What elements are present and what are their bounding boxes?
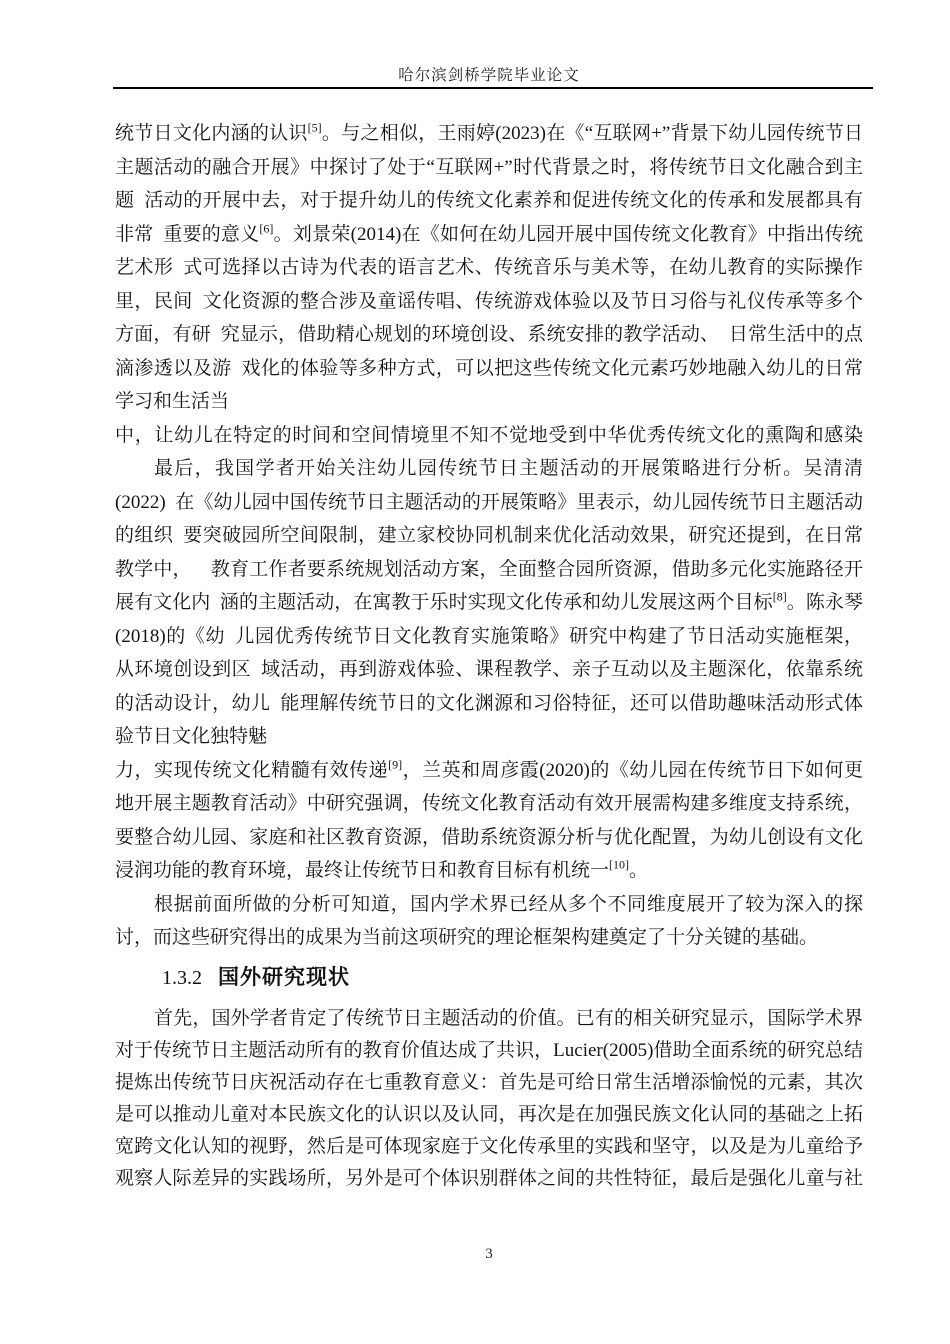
text-line: 验节日文化独特魅	[115, 720, 863, 754]
citation-superscript: [6]	[259, 221, 273, 235]
text-line: 方面，有研 究显示，借助精心规划的环境创设、系统安排的教学活动、 日常生活中的点	[115, 318, 863, 352]
text-line: 观察人际差异的实践场所，另外是可个体识别群体之间的共性特征，最后是强化儿童与社	[115, 1163, 863, 1195]
text-line: (2022) 在《幼儿园中国传统节日主题活动的开展策略》里表示，幼儿园传统节日主…	[115, 486, 863, 520]
citation-superscript: [10]	[609, 858, 629, 872]
text-line: 统节日文化内涵的认识[5]。与之相似，王雨婷(2023)在《“互联网+”背景下幼…	[115, 117, 863, 151]
citation-superscript: [9]	[388, 757, 402, 771]
header-rule	[113, 87, 873, 89]
section-heading: 1.3.2国外研究现状	[162, 959, 350, 995]
text-line: (2018)的《幼 儿园优秀传统节日文化教育实施策略》研究中构建了节日活动实施框…	[115, 620, 863, 654]
text-line: 浸润功能的教育环境，最终让传统节日和教育目标有机统一[10]。	[115, 854, 863, 888]
text-line: 宽跨文化认知的视野，然后是可体现家庭于文化传承里的实践和坚守，以及是为儿童给予	[115, 1131, 863, 1163]
text-line: 的活动设计，幼儿 能理解传统节日的文化渊源和习俗特征，还可以借助趣味活动形式体	[115, 687, 863, 721]
text-line: 讨，而这些研究得出的成果为当前这项研究的理论框架构建奠定了十分关键的基础。	[115, 921, 863, 955]
text-line: 最后，我国学者开始关注幼儿园传统节日主题活动的开展策略进行分析。吴清清	[115, 452, 863, 486]
text-line: 对于传统节日主题活动所有的教育价值达成了共识，Lucier(2005)借助全面系…	[115, 1035, 863, 1067]
text-line: 要整合幼儿园、家庭和社区教育资源，借助系统资源分析与优化配置，为幼儿创设有文化	[115, 821, 863, 855]
citation-superscript: [8]	[773, 590, 787, 604]
text-line: 学习和生活当	[115, 385, 863, 419]
text-line: 主题活动的融合开展》中探讨了处于“互联网+”时代背景之时，将传统节日文化融合到主	[115, 151, 863, 185]
text-line: 教学中， 教育工作者要系统规划活动方案，全面整合园所资源，借助多元化实施路径开	[115, 553, 863, 587]
text-line: 提炼出传统节日庆祝活动存在七重教育意义：首先是可给日常生活增添愉悦的元素，其次	[115, 1067, 863, 1099]
paragraph: 首先，国外学者肯定了传统节日主题活动的价值。已有的相关研究显示，国际学术界对于传…	[115, 1003, 863, 1195]
text-line: 题 活动的开展中去，对于提升幼儿的传统文化素养和促进传统文化的传承和发展都具有	[115, 184, 863, 218]
text-line: 滴渗透以及游 戏化的体验等多种方式，可以把这些传统文化元素巧妙地融入幼儿的日常	[115, 352, 863, 386]
section-heading-title: 国外研究现状	[218, 966, 350, 989]
citation-superscript: [5]	[308, 121, 322, 135]
text-line: 地开展主题教育活动》中研究强调，传统文化教育活动有效开展需构建多维度支持系统，	[115, 787, 863, 821]
text-line: 非常 重要的意义[6]。刘景荣(2014)在《如何在幼儿园开展中国传统文化教育》…	[115, 218, 863, 252]
thesis-page: 哈尔滨剑桥学院毕业论文 统节日文化内涵的认识[5]。与之相似，王雨婷(2023)…	[0, 0, 950, 1344]
text-line: 从环境创设到区 域活动，再到游戏体验、课程教学、亲子互动以及主题深化，依靠系统	[115, 653, 863, 687]
paragraph: 统节日文化内涵的认识[5]。与之相似，王雨婷(2023)在《“互联网+”背景下幼…	[115, 117, 863, 452]
text-line: 是可以推动儿童对本民族文化的认识以及认同，再次是在加强民族文化认同的基础之上拓	[115, 1099, 863, 1131]
page-number: 3	[115, 1246, 863, 1263]
text-line: 首先，国外学者肯定了传统节日主题活动的价值。已有的相关研究显示，国际学术界	[115, 1003, 863, 1035]
paragraph: 根据前面所做的分析可知道，国内学术界已经从多个不同维度展开了较为深入的探讨，而这…	[115, 888, 863, 955]
text-line: 展有文化内 涵的主题活动，在寓教于乐时实现文化传承和幼儿发展这两个目标[8]。陈…	[115, 586, 863, 620]
section-heading-number: 1.3.2	[162, 967, 202, 989]
running-header: 哈尔滨剑桥学院毕业论文	[115, 63, 863, 85]
text-line: 里，民间 文化资源的整合涉及童谣传唱、传统游戏体验以及节日习俗与礼仪传承等多个	[115, 285, 863, 319]
text-line: 的组织 要突破园所空间限制，建立家校协同机制来优化活动效果，研究还提到，在日常	[115, 519, 863, 553]
paragraph: 最后，我国学者开始关注幼儿园传统节日主题活动的开展策略进行分析。吴清清(2022…	[115, 452, 863, 888]
text-line: 艺术形 式可选择以古诗为代表的语言艺术、传统音乐与美术等，在幼儿教育的实际操作	[115, 251, 863, 285]
text-line: 力，实现传统文化精髓有效传递[9]，兰英和周彦霞(2020)的《幼儿园在传统节日…	[115, 754, 863, 788]
text-line: 中，让幼儿在特定的时间和空间情境里不知不觉地受到中华优秀传统文化的熏陶和感染[7…	[115, 419, 863, 453]
text-line: 根据前面所做的分析可知道，国内学术界已经从多个不同维度展开了较为深入的探	[115, 888, 863, 922]
